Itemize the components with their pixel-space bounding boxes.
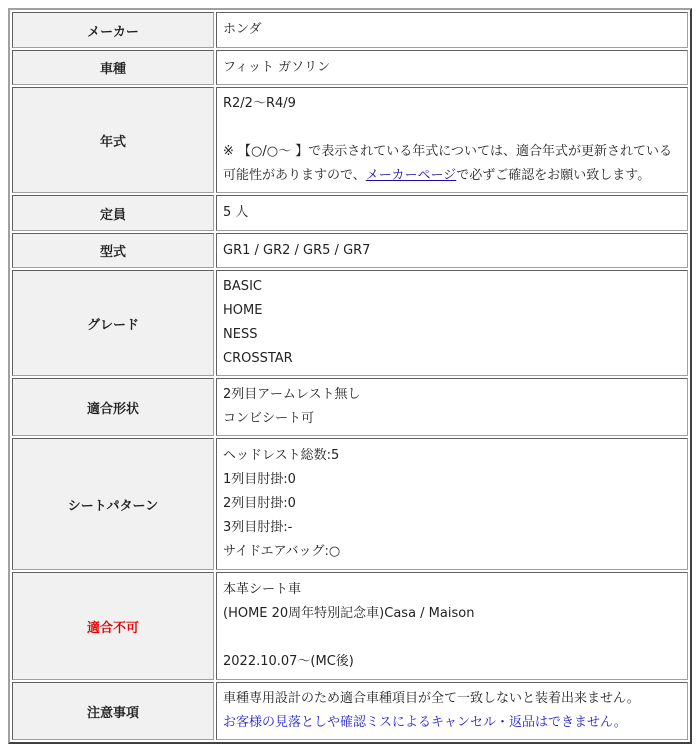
grade-item: NESS	[223, 323, 681, 347]
label-notes: 注意事項	[12, 682, 214, 740]
value-fit-shape: 2列目アームレスト無し コンビシート可	[216, 378, 688, 436]
row-year: 年式 R2/2～R4/9 ※ 【○/○～ 】で表示されている年式については、適合…	[12, 87, 688, 193]
fit-shape-item: コンビシート可	[223, 407, 681, 431]
seat-pattern-item: 1列目肘掛:0	[223, 468, 681, 492]
row-fit-shape: 適合形状 2列目アームレスト無し コンビシート可	[12, 378, 688, 436]
incompatible-item: 本革シート車	[223, 578, 681, 602]
value-grade: BASIC HOME NESS CROSSTAR	[216, 270, 688, 376]
value-model-code: GR1 / GR2 / GR5 / GR7	[216, 233, 688, 268]
incompatible-item: (HOME 20周年特別記念車)Casa / Maison	[223, 602, 681, 626]
year-note-text-end: で必ずご確認をお願い致します。	[456, 168, 650, 183]
spacer	[223, 626, 681, 650]
row-capacity: 定員 5 人	[12, 195, 688, 231]
grade-item: BASIC	[223, 275, 681, 299]
row-model-code: 型式 GR1 / GR2 / GR5 / GR7	[12, 233, 688, 268]
label-incompatible: 適合不可	[12, 572, 214, 680]
grade-item: CROSSTAR	[223, 347, 681, 371]
spacer	[223, 116, 681, 140]
seat-pattern-item: サイドエアバッグ:○	[223, 540, 681, 564]
year-range: R2/2～R4/9	[223, 92, 681, 116]
row-model: 車種 フィット ガソリン	[12, 50, 688, 85]
label-grade: グレード	[12, 270, 214, 376]
value-year: R2/2～R4/9 ※ 【○/○～ 】で表示されている年式については、適合年式が…	[216, 87, 688, 193]
row-grade: グレード BASIC HOME NESS CROSSTAR	[12, 270, 688, 376]
seat-pattern-item: 3列目肘掛:-	[223, 516, 681, 540]
value-capacity: 5 人	[216, 195, 688, 231]
maker-page-link[interactable]: メーカーページ	[366, 168, 456, 183]
incompatible-item: 2022.10.07～(MC後)	[223, 650, 681, 674]
year-note: ※ 【○/○～ 】で表示されている年式については、適合年式が更新されている可能性…	[223, 144, 672, 183]
fit-shape-item: 2列目アームレスト無し	[223, 383, 681, 407]
label-fit-shape: 適合形状	[12, 378, 214, 436]
row-notes: 注意事項 車種専用設計のため適合車種項目が全て一致しないと装着出来ません。 お客…	[12, 682, 688, 740]
value-seat-pattern: ヘッドレスト総数:5 1列目肘掛:0 2列目肘掛:0 3列目肘掛:- サイドエア…	[216, 438, 688, 570]
value-model: フィット ガソリン	[216, 50, 688, 85]
spec-table-container: メーカー ホンダ 車種 フィット ガソリン 年式 R2/2～R4/9 ※ 【○/…	[8, 8, 692, 744]
label-model: 車種	[12, 50, 214, 85]
model-name: フィット ガソリン	[223, 56, 681, 80]
value-incompatible: 本革シート車 (HOME 20周年特別記念車)Casa / Maison 202…	[216, 572, 688, 680]
row-maker: メーカー ホンダ	[12, 12, 688, 48]
label-year: 年式	[12, 87, 214, 193]
label-capacity: 定員	[12, 195, 214, 231]
notes-text: 車種専用設計のため適合車種項目が全て一致しないと装着出来ません。	[223, 687, 681, 711]
notes-warning: お客様の見落としや確認ミスによるキャンセル・返品はできません。	[223, 711, 681, 735]
label-maker: メーカー	[12, 12, 214, 48]
maker-name: ホンダ	[223, 18, 681, 42]
label-seat-pattern: シートパターン	[12, 438, 214, 570]
row-seat-pattern: シートパターン ヘッドレスト総数:5 1列目肘掛:0 2列目肘掛:0 3列目肘掛…	[12, 438, 688, 570]
compatibility-spec-table: メーカー ホンダ 車種 フィット ガソリン 年式 R2/2～R4/9 ※ 【○/…	[8, 8, 692, 744]
row-incompatible: 適合不可 本革シート車 (HOME 20周年特別記念車)Casa / Maiso…	[12, 572, 688, 680]
grade-item: HOME	[223, 299, 681, 323]
model-codes: GR1 / GR2 / GR5 / GR7	[223, 239, 681, 263]
seat-pattern-item: 2列目肘掛:0	[223, 492, 681, 516]
value-notes: 車種専用設計のため適合車種項目が全て一致しないと装着出来ません。 お客様の見落と…	[216, 682, 688, 740]
label-model-code: 型式	[12, 233, 214, 268]
seat-pattern-item: ヘッドレスト総数:5	[223, 444, 681, 468]
capacity-value: 5 人	[223, 201, 681, 225]
value-maker: ホンダ	[216, 12, 688, 48]
